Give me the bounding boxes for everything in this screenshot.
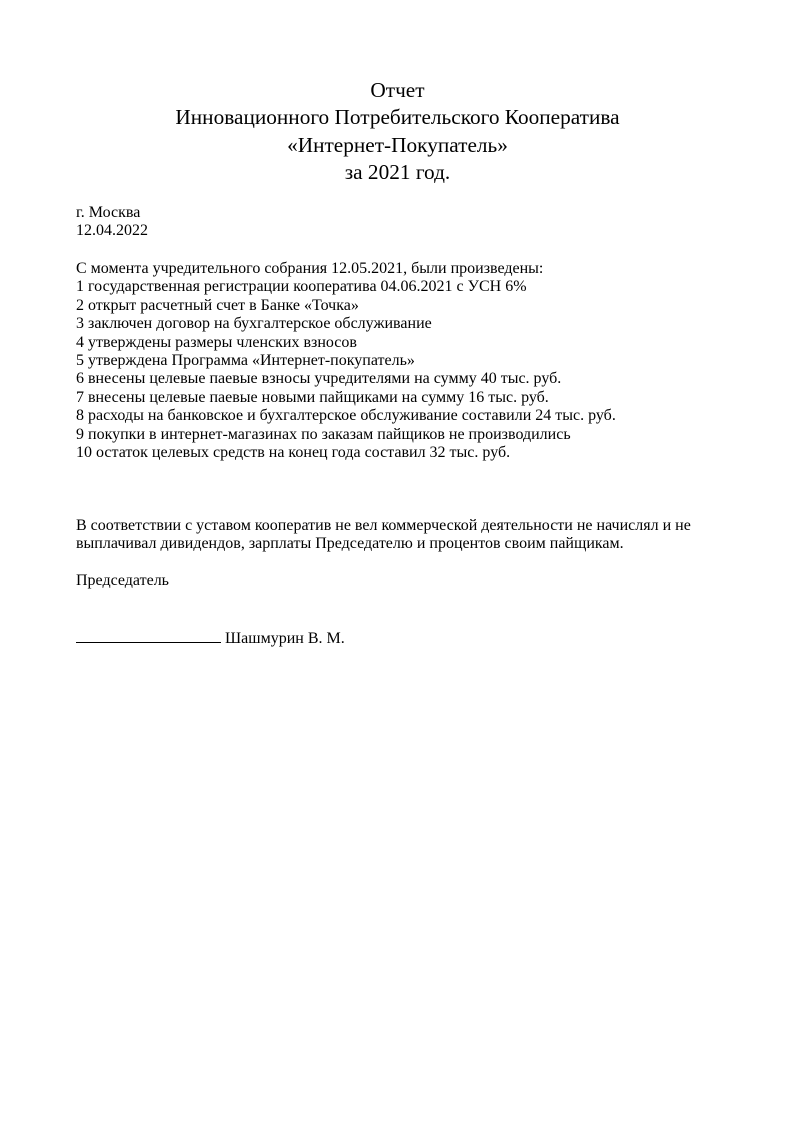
title-line-organization-name: «Интернет-Покупатель» bbox=[0, 132, 795, 159]
event-item: 1 государственная регистрации кооператив… bbox=[76, 278, 736, 296]
event-item: 6 внесены целевые паевые взносы учредите… bbox=[76, 370, 736, 388]
event-item: 10 остаток целевых средств на конец года… bbox=[76, 444, 736, 462]
events-intro: С момента учредительного собрания 12.05.… bbox=[76, 260, 736, 278]
signature-block: Шашмурин В. М. bbox=[76, 628, 736, 648]
event-item: 8 расходы на банковское и бухгалтерское … bbox=[76, 407, 736, 425]
title-line-period: за 2021 год. bbox=[0, 159, 795, 186]
event-item: 3 заключен договор на бухгалтерское обсл… bbox=[76, 315, 736, 333]
statement-line: В соответствии с уставом кооператив не в… bbox=[76, 517, 736, 535]
city: г. Москва bbox=[76, 204, 736, 222]
chair-title: Председатель bbox=[76, 572, 736, 590]
signature-row: Шашмурин В. М. bbox=[76, 628, 736, 648]
event-item: 4 утверждены размеры членских взносов bbox=[76, 334, 736, 352]
document-page: Отчет Инновационного Потребительского Ко… bbox=[0, 0, 795, 1124]
event-item: 2 открыт расчетный счет в Банке «Точка» bbox=[76, 297, 736, 315]
title-line-report: Отчет bbox=[0, 77, 795, 104]
title-line-organization: Инновационного Потребительского Кооперат… bbox=[0, 104, 795, 131]
event-item: 9 покупки в интернет-магазинах по заказа… bbox=[76, 426, 736, 444]
statement-paragraph: В соответствии с уставом кооператив не в… bbox=[76, 517, 736, 554]
events-section: С момента учредительного собрания 12.05.… bbox=[76, 260, 736, 462]
signature-line bbox=[76, 628, 221, 643]
signatory-name: Шашмурин В. М. bbox=[225, 630, 345, 647]
event-item: 5 утверждена Программа «Интернет-покупат… bbox=[76, 352, 736, 370]
event-item: 7 внесены целевые паевые новыми пайщикам… bbox=[76, 389, 736, 407]
chair-title-block: Председатель bbox=[76, 572, 736, 590]
report-title: Отчет Инновационного Потребительского Ко… bbox=[0, 77, 795, 186]
place-and-date: г. Москва 12.04.2022 bbox=[76, 204, 736, 241]
report-date: 12.04.2022 bbox=[76, 222, 736, 240]
statement-line: выплачивал дивидендов, зарплаты Председа… bbox=[76, 535, 736, 553]
